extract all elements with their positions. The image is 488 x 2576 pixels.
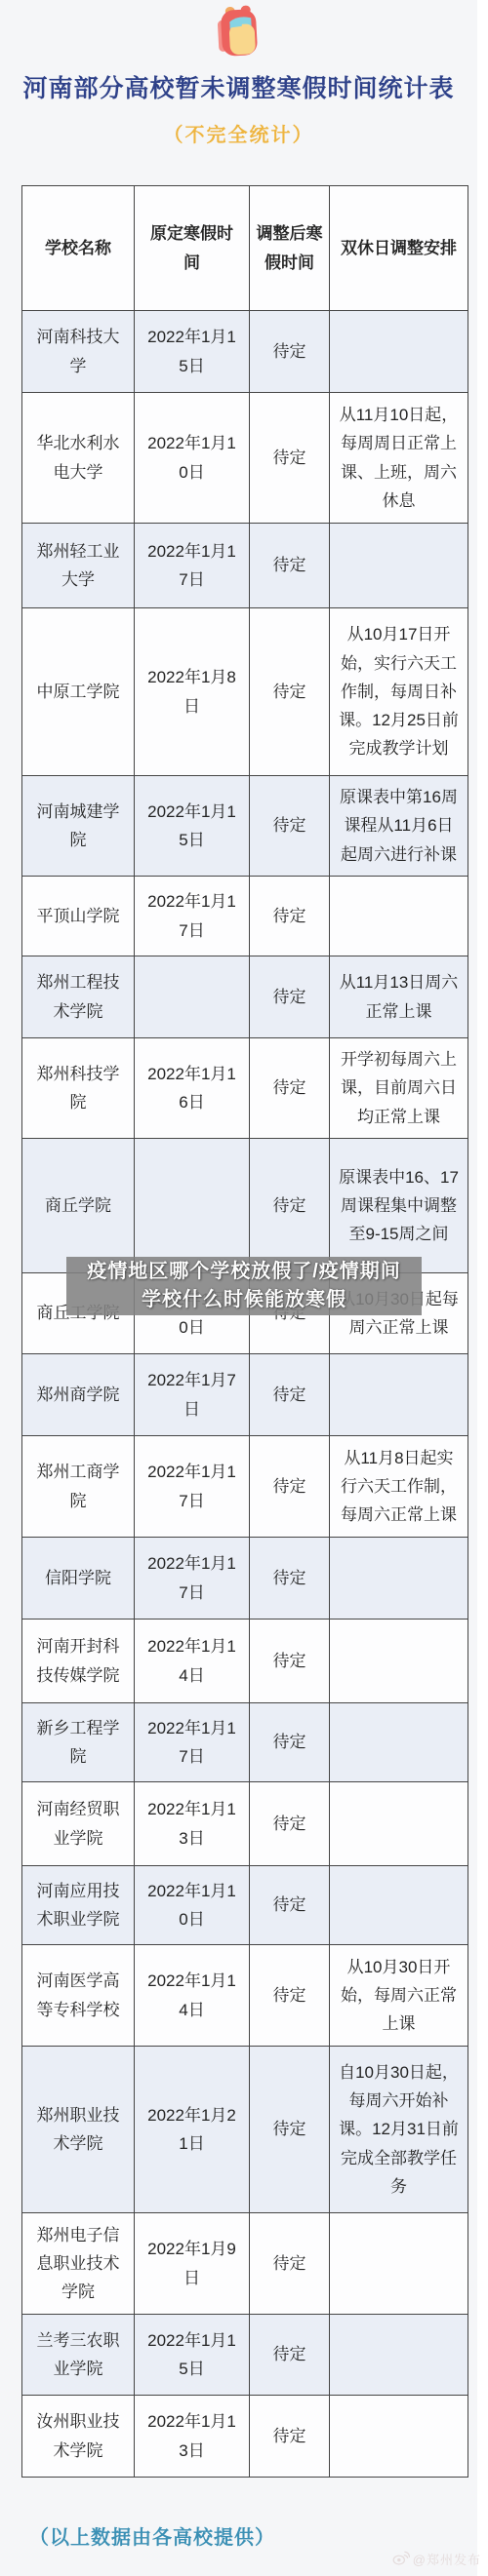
school-cell: 河南科技大学	[22, 311, 135, 393]
weekend-plan-cell	[330, 1782, 468, 1866]
table-row: 兰考三农职业学院2022年1月15日待定	[22, 2315, 468, 2396]
weibo-icon	[392, 2551, 410, 2568]
original-date-cell: 2022年1月16日	[135, 1038, 250, 1139]
weekend-plan-cell	[330, 877, 468, 956]
table-row: 新乡工程学院2022年1月17日待定	[22, 1703, 468, 1782]
school-cell: 郑州轻工业大学	[22, 524, 135, 608]
adjusted-date-cell: 待定	[250, 1436, 330, 1538]
weekend-plan-cell: 从10月17日开始，实行六天工作制，每周日补课。12月25日前完成教学计划	[330, 608, 468, 776]
weekend-plan-cell	[330, 1620, 468, 1703]
original-date-cell: 2022年1月9日	[135, 2213, 250, 2315]
adjusted-date-cell: 待定	[250, 1703, 330, 1782]
table-row: 中原工学院2022年1月8日待定从10月17日开始，实行六天工作制，每周日补课。…	[22, 608, 468, 776]
col-header-adjusted-date: 调整后寒假时间	[250, 186, 330, 311]
school-cell: 平顶山学院	[22, 877, 135, 956]
table-row: 郑州商学院2022年1月7日待定	[22, 1354, 468, 1436]
school-cell: 中原工学院	[22, 608, 135, 776]
school-cell: 河南开封科技传媒学院	[22, 1620, 135, 1703]
overlay-line1: 疫情地区哪个学校放假了/疫情期间	[66, 1258, 422, 1286]
weekend-plan-cell	[330, 311, 468, 393]
table-row: 河南科技大学2022年1月15日待定	[22, 311, 468, 393]
table-body: 河南科技大学2022年1月15日待定华北水利水电大学2022年1月10日待定从1…	[22, 311, 468, 2478]
adjusted-date-cell: 待定	[250, 1538, 330, 1620]
weekend-plan-cell: 从10月30日开始，每周六正常上课	[330, 1945, 468, 2047]
overlay-line2: 学校什么时候能放寒假	[66, 1286, 422, 1314]
adjusted-date-cell: 待定	[250, 1354, 330, 1436]
adjusted-date-cell: 待定	[250, 608, 330, 776]
table-row: 河南城建学院2022年1月15日待定原课表中第16周课程从11月6日起周六进行补…	[22, 776, 468, 877]
original-date-cell: 2022年1月17日	[135, 1703, 250, 1782]
original-date-cell: 2022年1月8日	[135, 608, 250, 776]
footer-note: （以上数据由各高校提供）	[29, 2521, 275, 2550]
backpack-icon	[216, 5, 262, 62]
school-cell: 郑州商学院	[22, 1354, 135, 1436]
adjusted-date-cell: 待定	[250, 2047, 330, 2213]
adjusted-date-cell: 待定	[250, 2396, 330, 2478]
weekend-plan-cell	[330, 1703, 468, 1782]
adjusted-date-cell: 待定	[250, 311, 330, 393]
watermark-overlay: 疫情地区哪个学校放假了/疫情期间 学校什么时候能放寒假	[66, 1257, 422, 1315]
table-row: 郑州职业技术学院2022年1月21日待定自10月30日起，每周六开始补课。12月…	[22, 2047, 468, 2213]
adjusted-date-cell: 待定	[250, 1620, 330, 1703]
original-date-cell: 2022年1月13日	[135, 2396, 250, 2478]
original-date-cell: 2022年1月10日	[135, 1866, 250, 1945]
adjusted-date-cell: 待定	[250, 1782, 330, 1866]
adjusted-date-cell: 待定	[250, 2213, 330, 2315]
original-date-cell: 2022年1月17日	[135, 524, 250, 608]
adjusted-date-cell: 待定	[250, 393, 330, 524]
original-date-cell: 2022年1月17日	[135, 1436, 250, 1538]
weekend-plan-cell: 从11月13日周六正常上课	[330, 956, 468, 1038]
school-cell: 商丘学院	[22, 1139, 135, 1273]
table-row: 商丘学院待定原课表中16、17周课程集中调整至9-15周之间	[22, 1139, 468, 1273]
adjusted-date-cell: 待定	[250, 2315, 330, 2396]
table-row: 河南医学高等专科学校2022年1月14日待定从10月30日开始，每周六正常上课	[22, 1945, 468, 2047]
school-cell: 汝州职业技术学院	[22, 2396, 135, 2478]
school-cell: 郑州科技学院	[22, 1038, 135, 1139]
school-cell: 河南医学高等专科学校	[22, 1945, 135, 2047]
header: 河南部分高校暂未调整寒假时间统计表 （不完全统计）	[0, 0, 477, 147]
weibo-handle: @郑州发布	[413, 2550, 481, 2568]
weekend-plan-cell: 自10月30日起，每周六开始补课。12月31日前完成全部教学任务	[330, 2047, 468, 2213]
school-cell: 郑州工商学院	[22, 1436, 135, 1538]
table-row: 河南应用技术职业学院2022年1月10日待定	[22, 1866, 468, 1945]
right-edge-strip	[477, 0, 488, 2576]
table-row: 郑州工商学院2022年1月17日待定从11月8日起实行六天工作制，每周六正常上课	[22, 1436, 468, 1538]
table-row: 河南经贸职业学院2022年1月13日待定	[22, 1782, 468, 1866]
original-date-cell	[135, 1139, 250, 1273]
adjusted-date-cell: 待定	[250, 956, 330, 1038]
school-cell: 郑州工程技术学院	[22, 956, 135, 1038]
original-date-cell: 2022年1月14日	[135, 1620, 250, 1703]
vacation-table: 学校名称 原定寒假时间 调整后寒假时间 双休日调整安排 河南科技大学2022年1…	[21, 185, 468, 2478]
school-cell: 华北水利水电大学	[22, 393, 135, 524]
weekend-plan-cell: 原课表中第16周课程从11月6日起周六进行补课	[330, 776, 468, 877]
subtitle: （不完全统计）	[0, 119, 477, 147]
col-header-weekend-plan: 双休日调整安排	[330, 186, 468, 311]
school-cell: 新乡工程学院	[22, 1703, 135, 1782]
original-date-cell: 2022年1月7日	[135, 1354, 250, 1436]
table-row: 河南开封科技传媒学院2022年1月14日待定	[22, 1620, 468, 1703]
table-row: 华北水利水电大学2022年1月10日待定从11月10日起，每周周日正常上课、上班…	[22, 393, 468, 524]
weekend-plan-cell: 开学初每周六上课，目前周六日均正常上课	[330, 1038, 468, 1139]
table-row: 郑州工程技术学院待定从11月13日周六正常上课	[22, 956, 468, 1038]
table-row: 信阳学院2022年1月17日待定	[22, 1538, 468, 1620]
adjusted-date-cell: 待定	[250, 524, 330, 608]
adjusted-date-cell: 待定	[250, 1038, 330, 1139]
weibo-watermark: @郑州发布	[392, 2550, 481, 2568]
original-date-cell: 2022年1月14日	[135, 1945, 250, 2047]
table-row: 平顶山学院2022年1月17日待定	[22, 877, 468, 956]
adjusted-date-cell: 待定	[250, 1139, 330, 1273]
school-cell: 郑州职业技术学院	[22, 2047, 135, 2213]
original-date-cell: 2022年1月15日	[135, 2315, 250, 2396]
original-date-cell: 2022年1月15日	[135, 311, 250, 393]
school-cell: 河南经贸职业学院	[22, 1782, 135, 1866]
original-date-cell: 2022年1月21日	[135, 2047, 250, 2213]
original-date-cell: 2022年1月10日	[135, 393, 250, 524]
original-date-cell: 2022年1月17日	[135, 877, 250, 956]
school-cell: 郑州电子信息职业技术学院	[22, 2213, 135, 2315]
weekend-plan-cell: 从11月8日起实行六天工作制，每周六正常上课	[330, 1436, 468, 1538]
school-cell: 河南城建学院	[22, 776, 135, 877]
original-date-cell: 2022年1月15日	[135, 776, 250, 877]
weekend-plan-cell	[330, 524, 468, 608]
weekend-plan-cell	[330, 1866, 468, 1945]
school-cell: 河南应用技术职业学院	[22, 1866, 135, 1945]
table-row: 郑州科技学院2022年1月16日待定开学初每周六上课，目前周六日均正常上课	[22, 1038, 468, 1139]
school-cell: 信阳学院	[22, 1538, 135, 1620]
weekend-plan-cell: 从11月10日起，每周周日正常上课、上班，周六休息	[330, 393, 468, 524]
adjusted-date-cell: 待定	[250, 1945, 330, 2047]
adjusted-date-cell: 待定	[250, 776, 330, 877]
original-date-cell: 2022年1月13日	[135, 1782, 250, 1866]
table-row: 郑州电子信息职业技术学院2022年1月9日待定	[22, 2213, 468, 2315]
table-header-row: 学校名称 原定寒假时间 调整后寒假时间 双休日调整安排	[22, 186, 468, 311]
weekend-plan-cell: 原课表中16、17周课程集中调整至9-15周之间	[330, 1139, 468, 1273]
weekend-plan-cell	[330, 2396, 468, 2478]
adjusted-date-cell: 待定	[250, 1866, 330, 1945]
col-header-original-date: 原定寒假时间	[135, 186, 250, 311]
weekend-plan-cell	[330, 2315, 468, 2396]
col-header-school: 学校名称	[22, 186, 135, 311]
original-date-cell	[135, 956, 250, 1038]
weekend-plan-cell	[330, 1538, 468, 1620]
weekend-plan-cell	[330, 1354, 468, 1436]
table-row: 郑州轻工业大学2022年1月17日待定	[22, 524, 468, 608]
original-date-cell: 2022年1月17日	[135, 1538, 250, 1620]
page-title: 河南部分高校暂未调整寒假时间统计表	[0, 69, 477, 104]
adjusted-date-cell: 待定	[250, 877, 330, 956]
weekend-plan-cell	[330, 2213, 468, 2315]
table-row: 汝州职业技术学院2022年1月13日待定	[22, 2396, 468, 2478]
school-cell: 兰考三农职业学院	[22, 2315, 135, 2396]
